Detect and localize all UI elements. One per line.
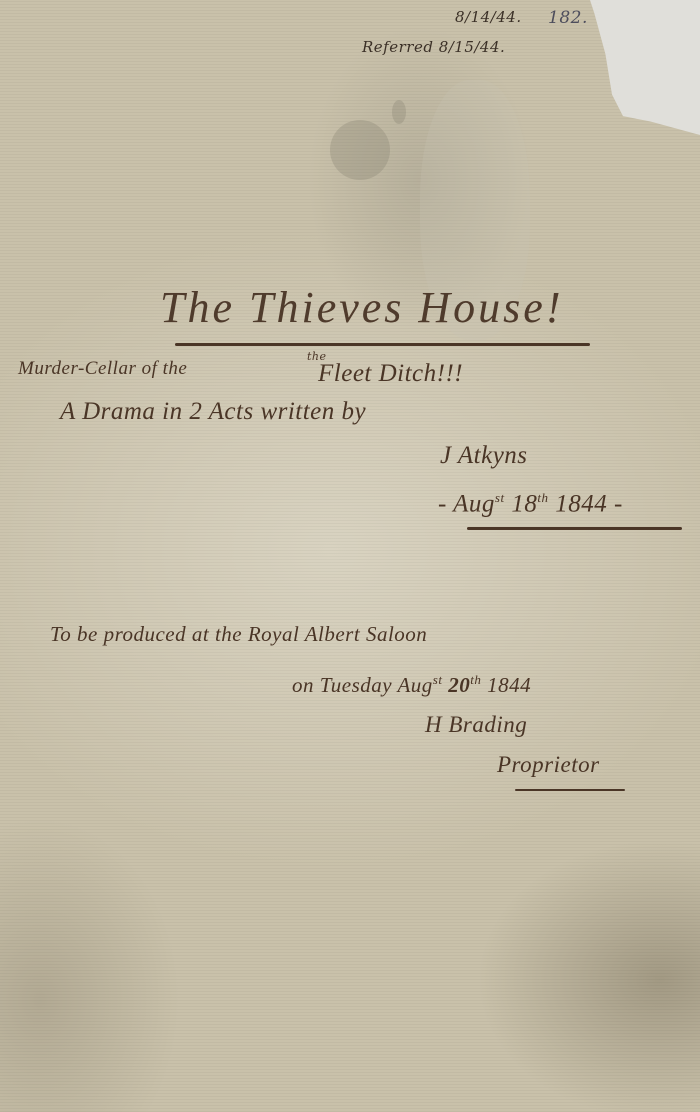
referred-note: Referred 8/15/44. <box>362 38 505 56</box>
signature-underline <box>515 789 625 791</box>
proprietor-signature: H Brading <box>425 712 527 738</box>
proprietor-title: Proprietor <box>497 752 600 778</box>
production-line-1: To be produced at the Royal Albert Saloo… <box>50 622 427 647</box>
date-year: 1844 <box>555 490 607 517</box>
date-month: Aug <box>453 490 495 517</box>
production-day: 20 <box>448 673 470 697</box>
author-name: J Atkyns <box>440 442 528 470</box>
subtitle-prefix: Murder-Cellar of the <box>18 358 187 380</box>
production-day-sup: th <box>470 672 481 687</box>
folio-number: 182. <box>548 8 588 28</box>
torn-corner <box>590 0 700 135</box>
production-line-2: on Tuesday Augst 20th 1844 <box>292 672 531 698</box>
date-month-sup: st <box>495 490 505 505</box>
date-dash-right: - <box>614 490 623 517</box>
title-underline <box>175 343 590 346</box>
play-title: The Thieves House! <box>160 282 564 333</box>
water-stain <box>330 120 390 180</box>
description-line: A Drama in 2 Acts written by <box>60 398 366 426</box>
production-year: 1844 <box>487 673 531 697</box>
authored-date: - Augst 18th 1844 - <box>438 490 623 518</box>
date-underline <box>467 527 682 530</box>
date-day-sup: th <box>537 490 548 505</box>
manuscript-page: 8/14/44. 182. Referred 8/15/44. The Thie… <box>0 0 700 1112</box>
water-stain-drop <box>392 100 406 124</box>
production-day-prefix: on Tuesday Aug <box>292 673 433 697</box>
production-month-sup: st <box>433 672 443 687</box>
date-dash-left: - <box>438 490 447 517</box>
date-day: 18 <box>511 490 537 517</box>
received-date: 8/14/44. <box>455 8 522 26</box>
subtitle-main: Fleet Ditch!!! <box>318 360 463 388</box>
